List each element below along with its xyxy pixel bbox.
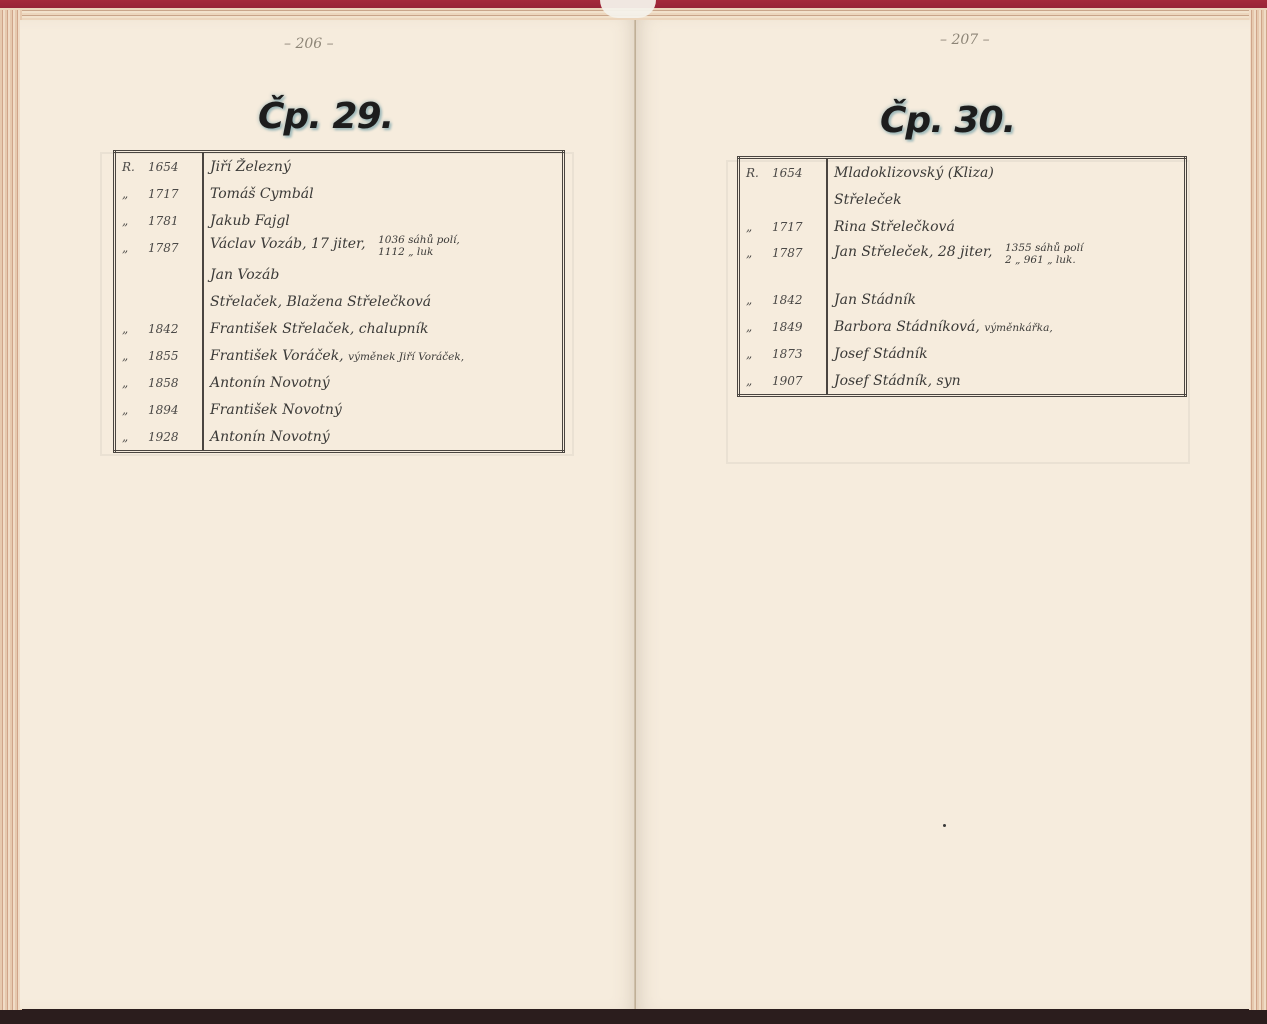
land-note-meadows: 1112 „ luk — [378, 246, 460, 258]
owner-cell: Josef Stádník — [827, 340, 1186, 367]
year-cell: „1873 — [739, 340, 828, 367]
owner-cell: Mladoklizovský (Kliza) — [827, 158, 1186, 187]
land-note: 1355 sáhů polí 2 „ 961 „ luk. — [1005, 242, 1083, 266]
owner-cell: Antonín Novotný — [203, 369, 564, 396]
house-title: Čp. 30. — [880, 100, 1015, 141]
table-row: „1787 Václav Vozáb, 17 jiter, 1036 sáhů … — [115, 234, 564, 261]
land-note: 1036 sáhů polí, 1112 „ luk — [378, 234, 460, 258]
table-row: „1855 František Voráček, výměnek Jiří Vo… — [115, 342, 564, 369]
year-cell: „1894 — [115, 396, 204, 423]
left-page: – 206 – Čp. 29. R.1654 Jiří Železný „171… — [20, 20, 636, 1009]
owner-name: Václav Vozáb, 17 jiter, — [210, 236, 366, 252]
year-cell: „1842 — [739, 286, 828, 313]
year-cell: „1781 — [115, 207, 204, 234]
owner-cell: Střeleček — [827, 186, 1186, 213]
owner-cell: Antonín Novotný — [203, 423, 564, 452]
owner-cell: Tomáš Cymbál — [203, 180, 564, 207]
owner-name: Barbora Stádníková, — [834, 319, 980, 335]
retirement-note: výměnek Jiří Voráček, — [348, 351, 464, 363]
register-table: R.1654 Mladoklizovský (Kliza) Střeleček … — [737, 156, 1187, 397]
retirement-note: výměnkářka, — [984, 322, 1052, 334]
land-note-fields: 1355 sáhů polí — [1005, 242, 1083, 254]
table-row: „1842 František Střelaček, chalupník — [115, 315, 564, 342]
page-number: – 207 – — [940, 32, 990, 48]
year-cell: R.1654 — [115, 152, 204, 181]
owner-cell: Barbora Stádníková, výměnkářka, — [827, 313, 1186, 340]
ink-speck — [943, 824, 946, 827]
year-cell: „1717 — [739, 213, 828, 240]
book-cover-bottom — [0, 1008, 1267, 1024]
year-cell — [115, 261, 204, 288]
table-row: „1787 Jan Střeleček, 28 jiter, 1355 sáhů… — [739, 240, 1186, 286]
house-title-text: Čp. 29. — [258, 96, 393, 137]
owner-cell: Jan Střeleček, 28 jiter, 1355 sáhů polí … — [827, 240, 1186, 286]
table-row: „1717 Rina Střelečková — [739, 213, 1186, 240]
year-cell: „1928 — [115, 423, 204, 452]
owner-cell: František Novotný — [203, 396, 564, 423]
table-row: „1849 Barbora Stádníková, výměnkářka, — [739, 313, 1186, 340]
owner-cell: Jan Stádník — [827, 286, 1186, 313]
owner-cell: František Střelaček, chalupník — [203, 315, 564, 342]
table-row: „1928 Antonín Novotný — [115, 423, 564, 452]
year-cell: „1787 — [739, 240, 828, 286]
page-edges-top-right — [636, 8, 1267, 20]
year-cell — [115, 288, 204, 315]
owner-cell: Střelaček, Blažena Střelečková — [203, 288, 564, 315]
year-cell: „1717 — [115, 180, 204, 207]
right-page: – 207 – Čp. 30. R.1654 Mladoklizovský (K… — [636, 20, 1250, 1009]
table-row: „1907 Josef Stádník, syn — [739, 367, 1186, 396]
year-cell — [739, 186, 828, 213]
house-title: Čp. 29. — [258, 96, 393, 137]
table-row: „1873 Josef Stádník — [739, 340, 1186, 367]
register-table: R.1654 Jiří Železný „1717 Tomáš Cymbál „… — [113, 150, 565, 453]
table-row: Jan Vozáb — [115, 261, 564, 288]
year-cell: „1787 — [115, 234, 204, 261]
page-edges-left — [0, 10, 22, 1010]
page-number: – 206 – — [284, 36, 334, 52]
owner-cell: Josef Stádník, syn — [827, 367, 1186, 396]
year-cell: „1842 — [115, 315, 204, 342]
owner-name: Jan Střeleček, 28 jiter, — [834, 244, 993, 260]
year-cell: „1849 — [739, 313, 828, 340]
owner-cell: Jiří Železný — [203, 152, 564, 181]
year-cell: „1855 — [115, 342, 204, 369]
table-row: Střelaček, Blažena Střelečková — [115, 288, 564, 315]
year-cell: „1907 — [739, 367, 828, 396]
page-edges-right — [1249, 10, 1267, 1010]
owner-cell: Rina Střelečková — [827, 213, 1186, 240]
house-title-text: Čp. 30. — [880, 100, 1015, 141]
owner-name: František Voráček, — [210, 348, 344, 364]
owner-cell: Václav Vozáb, 17 jiter, 1036 sáhů polí, … — [203, 234, 564, 261]
table-row: „1858 Antonín Novotný — [115, 369, 564, 396]
land-note-meadows: 2 „ 961 „ luk. — [1005, 254, 1083, 266]
land-note-fields: 1036 sáhů polí, — [378, 234, 460, 246]
table-row: „1781 Jakub Fajgl — [115, 207, 564, 234]
owner-cell: Jakub Fajgl — [203, 207, 564, 234]
table-row: Střeleček — [739, 186, 1186, 213]
table-row: „1842 Jan Stádník — [739, 286, 1186, 313]
year-cell: R.1654 — [739, 158, 828, 187]
table-row: „1717 Tomáš Cymbál — [115, 180, 564, 207]
table-row: R.1654 Jiří Železný — [115, 152, 564, 181]
table-row: „1894 František Novotný — [115, 396, 564, 423]
year-cell: „1858 — [115, 369, 204, 396]
owner-cell: František Voráček, výměnek Jiří Voráček, — [203, 342, 564, 369]
owner-cell: Jan Vozáb — [203, 261, 564, 288]
table-row: R.1654 Mladoklizovský (Kliza) — [739, 158, 1186, 187]
